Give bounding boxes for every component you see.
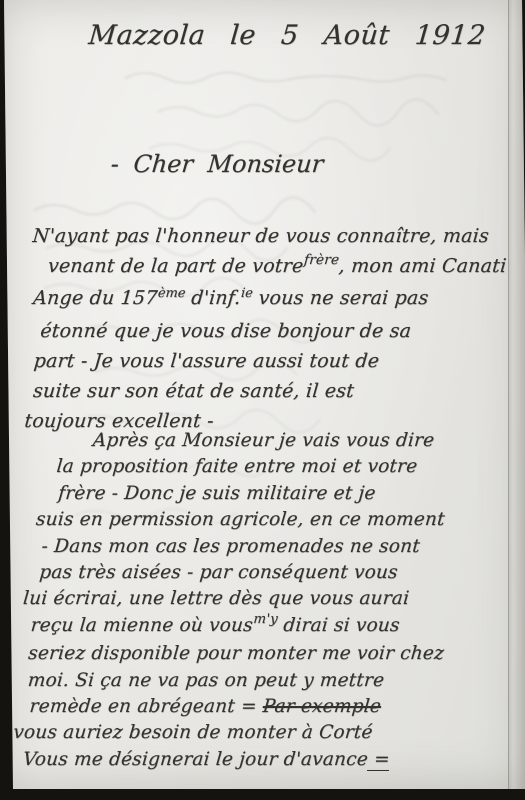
line-text: dirai si vous	[276, 615, 400, 636]
letter-line: venant de la part de votrefrère, mon ami…	[47, 251, 508, 283]
letter-line: N'ayant pas l'honneur de vous connaître,…	[31, 221, 510, 251]
letter-line: vous auriez besoin de monter à Corté	[12, 720, 438, 746]
letter-line: part - Je vous l'assure aussi tout de	[32, 346, 499, 376]
letter-line: lui écrirai, une lettre dès que vous aur…	[22, 586, 450, 612]
letter-line: moi. Si ça ne va pas on peut y mettre	[27, 668, 443, 694]
line-text: remède en abrégeant =	[29, 696, 264, 717]
letter-line: reçu la mienne où vousm'y dirai si vous	[29, 613, 447, 641]
dateline: Mazzola le 5 Août 1912	[87, 20, 487, 51]
salutation: - Cher Monsieur	[110, 150, 325, 178]
letter-line: seriez disponible pour monter me voir ch…	[27, 641, 445, 667]
inserted-word: m'y	[253, 612, 279, 627]
paragraph-1: N'ayant pas l'honneur de vous connaître,…	[11, 221, 510, 436]
line-text: , mon ami Canati	[338, 255, 508, 277]
scan-background: Mazzola le 5 Août 1912 - Cher Monsieur N…	[0, 0, 525, 800]
letter-line: étonné que je vous dise bonjour de sa	[39, 316, 502, 346]
letter-line: - Dans mon cas les promenades ne sont	[40, 534, 454, 560]
superscript: ie	[240, 286, 253, 301]
letter-line: remède en abrégeant = Par exemple	[28, 694, 440, 720]
line-text: reçu la mienne où vous	[30, 615, 254, 636]
underlined-text: =	[367, 749, 391, 771]
line-text: vous ne serai pas	[251, 287, 429, 309]
line-text: Vous me désignerai le jour d'avance	[22, 749, 369, 770]
paragraph-2: Après ça Monsieur je vais vous dire la p…	[0, 428, 464, 773]
line-text: Ange du 157	[32, 287, 158, 309]
inserted-word: frère	[303, 252, 340, 268]
page-fold-shading	[508, 0, 525, 789]
letter-line: suite sur son état de santé, il est	[32, 376, 497, 406]
letter-line: la proposition faite entre moi et votre	[55, 454, 461, 480]
line-text: venant de la part de votre	[47, 255, 304, 277]
letter-line: Vous me désignerai le jour d'avance =	[22, 747, 436, 773]
letter-line: suis en permission agricole, en ce momen…	[35, 507, 457, 533]
letter-line: pas très aisées - par conséquent vous	[38, 560, 452, 586]
letter-page: Mazzola le 5 Août 1912 - Cher Monsieur N…	[0, 0, 525, 789]
page-fold-line	[508, 0, 509, 789]
letter-line: Ange du 157ème d'inf.ie vous ne serai pa…	[32, 283, 505, 316]
struck-text: Par exemple	[262, 696, 382, 717]
superscript: ème	[157, 286, 186, 301]
letter-line: Après ça Monsieur je vais vous dire	[92, 428, 464, 454]
line-text: d'inf.	[184, 287, 241, 309]
letter-line: frère - Donc je suis militaire et je	[57, 481, 459, 507]
